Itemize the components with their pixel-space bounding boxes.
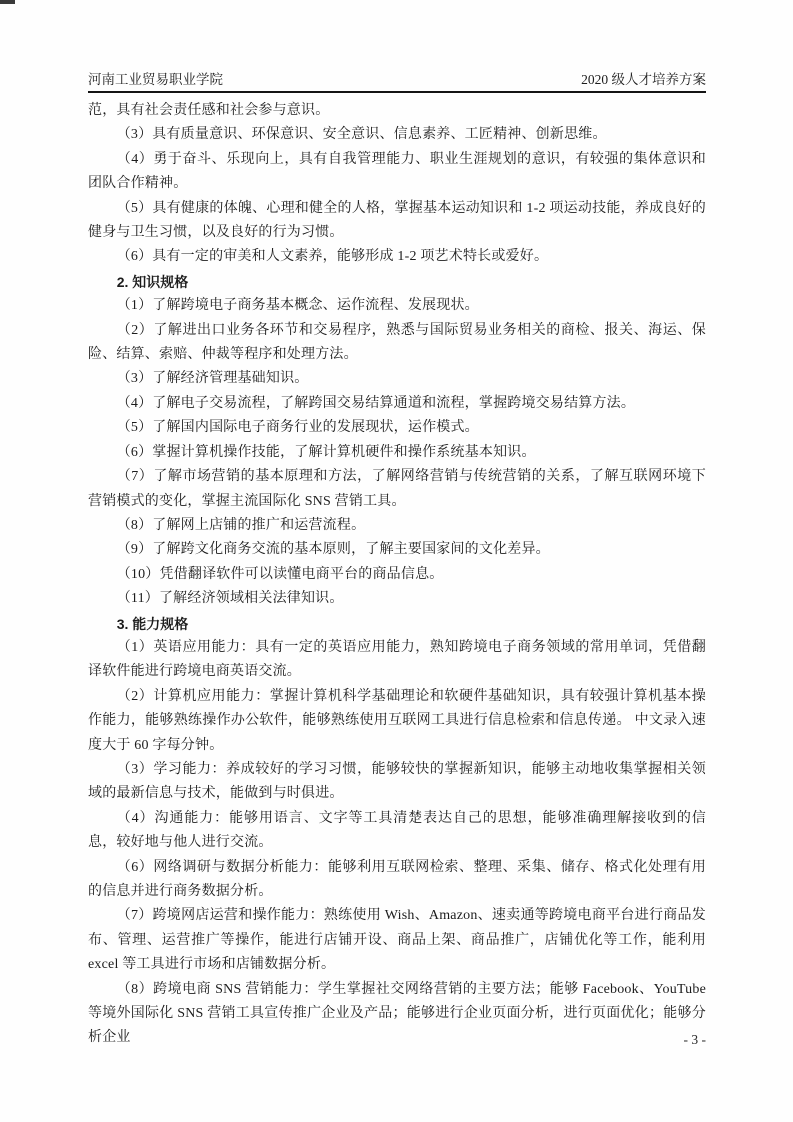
paragraph: （10）凭借翻译软件可以读懂电商平台的商品信息。	[88, 563, 706, 587]
paragraph: （6）掌握计算机操作技能，了解计算机硬件和操作系统基本知识。	[88, 441, 706, 465]
paragraph: （3）具有质量意识、环保意识、安全意识、信息素养、工匠精神、创新思维。	[88, 123, 706, 147]
paragraph: （5）了解国内国际电子商务行业的发展现状，运作模式。	[88, 416, 706, 440]
paragraph: （4）了解电子交易流程，了解跨国交易结算通道和流程，掌握跨境交易结算方法。	[88, 392, 706, 416]
paragraph: （2）了解进出口业务各环节和交易程序，熟悉与国际贸易业务相关的商检、报关、海运、…	[88, 319, 706, 368]
page-footer: - 3 -	[88, 1032, 706, 1048]
paragraph: （2）计算机应用能力：掌握计算机科学基础理论和软硬件基础知识，具有较强计算机基本…	[88, 685, 706, 758]
section-heading: 3. 能力规格	[88, 612, 706, 636]
paragraph: （8）了解网上店铺的推广和运营流程。	[88, 514, 706, 538]
paragraph: （7）了解市场营销的基本原理和方法，了解网络营销与传统营销的关系，了解互联网环境…	[88, 465, 706, 514]
paragraph: 范，具有社会责任感和社会参与意识。	[88, 99, 706, 123]
scan-artifact	[0, 0, 15, 4]
paragraph: （9）了解跨文化商务交流的基本原则，了解主要国家间的文化差异。	[88, 538, 706, 562]
document-body: 范，具有社会责任感和社会参与意识。（3）具有质量意识、环保意识、安全意识、信息素…	[88, 99, 706, 1051]
paragraph: （4）沟通能力：能够用语言、文字等工具清楚表达自己的思想，能够准确理解接收到的信…	[88, 807, 706, 856]
paragraph: （11）了解经济领域相关法律知识。	[88, 587, 706, 611]
paragraph: （1）英语应用能力：具有一定的英语应用能力，熟知跨境电子商务领域的常用单词，凭借…	[88, 636, 706, 685]
paragraph: （3）了解经济管理基础知识。	[88, 367, 706, 391]
page-header: 河南工业贸易职业学院 2020 级人才培养方案	[88, 71, 706, 93]
header-program-title: 2020 级人才培养方案	[581, 71, 706, 88]
section-heading: 2. 知识规格	[88, 270, 706, 294]
paragraph: （6）具有一定的审美和人文素养，能够形成 1-2 项艺术特长或爱好。	[88, 245, 706, 269]
paragraph: （4）勇于奋斗、乐现向上，具有自我管理能力、职业生涯规划的意识，有较强的集体意识…	[88, 148, 706, 197]
paragraph: （5）具有健康的体魄、心理和健全的人格，掌握基本运动知识和 1-2 项运动技能，…	[88, 197, 706, 246]
paragraph: （7）跨境网店运营和操作能力：熟练使用 Wish、Amazon、速卖通等跨境电商…	[88, 904, 706, 977]
paragraph: （3）学习能力：养成较好的学习习惯，能够较快的掌握新知识，能够主动地收集掌握相关…	[88, 758, 706, 807]
paragraph: （1）了解跨境电子商务基本概念、运作流程、发展现状。	[88, 294, 706, 318]
header-college-name: 河南工业贸易职业学院	[88, 71, 223, 88]
paragraph: （6）网络调研与数据分析能力：能够利用互联网检索、整理、采集、储存、格式化处理有…	[88, 856, 706, 905]
page-number: - 3 -	[684, 1032, 707, 1047]
document-page: 河南工业贸易职业学院 2020 级人才培养方案 范，具有社会责任感和社会参与意识…	[0, 0, 793, 1122]
